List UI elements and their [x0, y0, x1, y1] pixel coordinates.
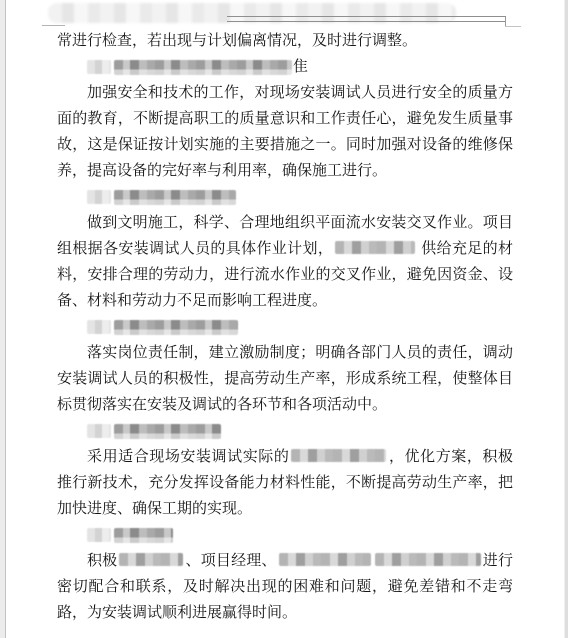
- body-paragraph: 加强安全和技术的工作，对现场安装调试人员进行安全的质量方面的教育，不断提高职工的…: [57, 80, 513, 184]
- redacted-heading: [57, 314, 513, 340]
- redacted-heading: [57, 522, 513, 548]
- window-right-edge: [564, 0, 568, 638]
- paragraph-text: 加强安全和技术的工作，对现场安装调试人员进行安全的质量方面的教育，不断提高职工的…: [57, 85, 513, 179]
- paragraph-text: 落实岗位责任制，建立激励制度；明确各部门人员的责任，调动安装调试人员的积极性，提…: [57, 345, 513, 413]
- redaction-block-dark: [114, 190, 236, 205]
- body-paragraph: 积极、项目经理、进行密切配合和联系，及时解决出现的困难和问题，避免差错和不走弯路…: [57, 548, 513, 626]
- header-double-rule: [227, 16, 506, 22]
- text-boundary-mark-right-horizontal: [505, 26, 521, 27]
- redacted-text-blur: [335, 241, 415, 254]
- redacted-heading: [57, 184, 513, 210]
- redacted-text-blur: [119, 553, 183, 566]
- heading-trailing-character: 隹: [293, 54, 308, 80]
- text-boundary-mark-left: [42, 25, 65, 26]
- redaction-block-light: [87, 528, 111, 542]
- paragraph-text: 采用适合现场安装调试实际的: [87, 449, 289, 465]
- redaction-block-light: [87, 190, 111, 204]
- redaction-block-light: [87, 320, 111, 334]
- redacted-text-blur: [375, 553, 481, 566]
- body-paragraph: 采用适合现场安装调试实际的，优化方案，积极推行新技术，充分发挥设备能力材料性能，…: [57, 444, 513, 522]
- paragraph-text: 常进行检查，若出现与计划偏离情况，及时进行调整。: [57, 33, 417, 49]
- document-body: 常进行检查，若出现与计划偏离情况，及时进行调整。隹加强安全和技术的工作，对现场安…: [6, 28, 564, 626]
- redaction-block-dark: [114, 528, 173, 543]
- document-page: 常进行检查，若出现与计划偏离情况，及时进行调整。隹加强安全和技术的工作，对现场安…: [6, 0, 564, 638]
- redacted-text-blur: [291, 449, 386, 462]
- body-paragraph: 常进行检查，若出现与计划偏离情况，及时进行调整。: [57, 28, 513, 54]
- paragraph-text: 积极: [87, 553, 117, 569]
- redacted-heading: [57, 418, 513, 444]
- paragraph-text: 、项目经理、: [185, 553, 276, 569]
- redaction-block-light: [87, 424, 111, 438]
- redaction-block-light: [87, 60, 111, 74]
- body-paragraph: 落实岗位责任制，建立激励制度；明确各部门人员的责任，调动安装调试人员的积极性，提…: [57, 340, 513, 418]
- redaction-block-dark: [114, 60, 292, 75]
- redacted-heading: 隹: [57, 54, 513, 80]
- redacted-text-blur: [279, 553, 371, 566]
- body-paragraph: 做到文明施工，科学、合理地组织平面流水安装交叉作业。项目组根据各安装调试人员的具…: [57, 210, 513, 314]
- redaction-block-dark: [114, 424, 221, 439]
- page-header: [6, 0, 564, 28]
- redaction-block-dark: [114, 320, 238, 335]
